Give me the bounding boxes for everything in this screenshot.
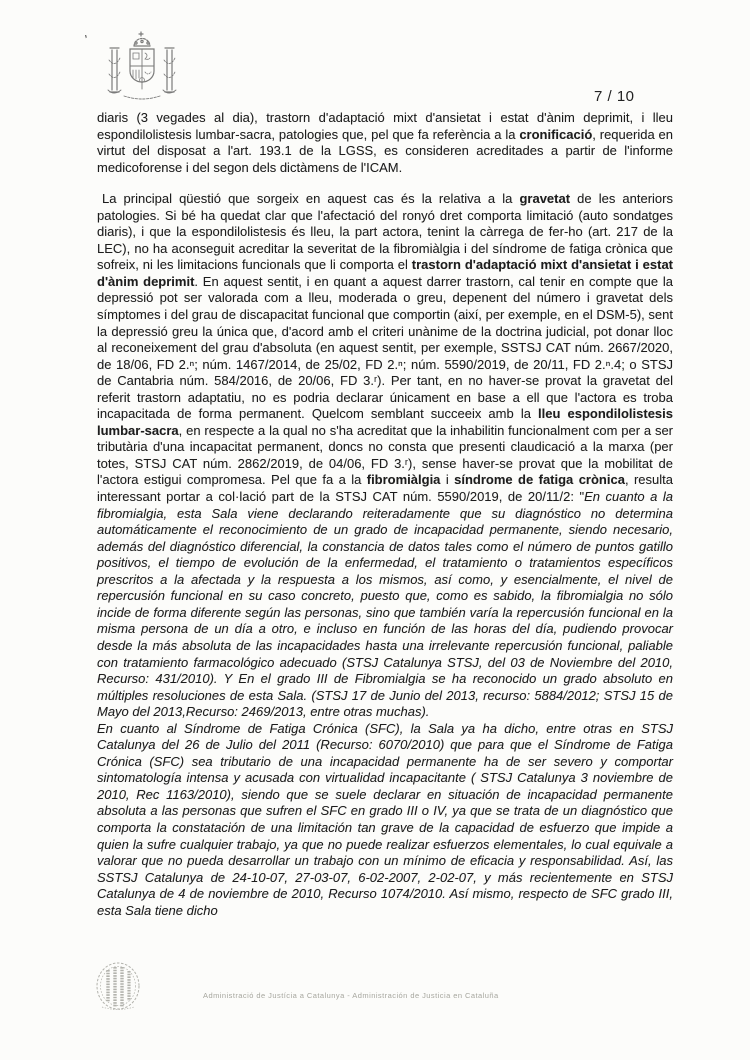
catalunya-seal-stamp-icon xyxy=(94,961,142,1013)
text-run: La principal qüestió que sorgeix en aque… xyxy=(102,191,519,206)
text-run: En cuanto a la fibromialgia, esta Sala v… xyxy=(97,489,673,719)
text-run: i xyxy=(440,472,454,487)
document-body: diaris (3 vegades al dia), trastorn d'ad… xyxy=(97,110,673,919)
document-page: ’ 7 / 10 xyxy=(0,0,750,1060)
page-number: 7 / 10 xyxy=(594,88,635,105)
scan-artifact: ’ xyxy=(83,32,89,47)
text-run: En cuanto al Síndrome de Fatiga Crónica … xyxy=(97,721,673,918)
spain-coat-of-arms-icon xyxy=(98,28,186,110)
paragraph-main: La principal qüestió que sorgeix en aque… xyxy=(97,191,673,919)
text-run: síndrome de fatiga crònica xyxy=(454,472,625,487)
text-run: cronificació xyxy=(519,127,592,142)
text-run: gravetat xyxy=(519,191,570,206)
text-run: . En aquest sentit, i en quant a aquest … xyxy=(97,274,673,421)
text-run: fibromiàlgia xyxy=(367,472,441,487)
footer-text: Administració de Justícia a Catalunya - … xyxy=(203,991,543,1000)
paragraph-intro: diaris (3 vegades al dia), trastorn d'ad… xyxy=(97,110,673,176)
